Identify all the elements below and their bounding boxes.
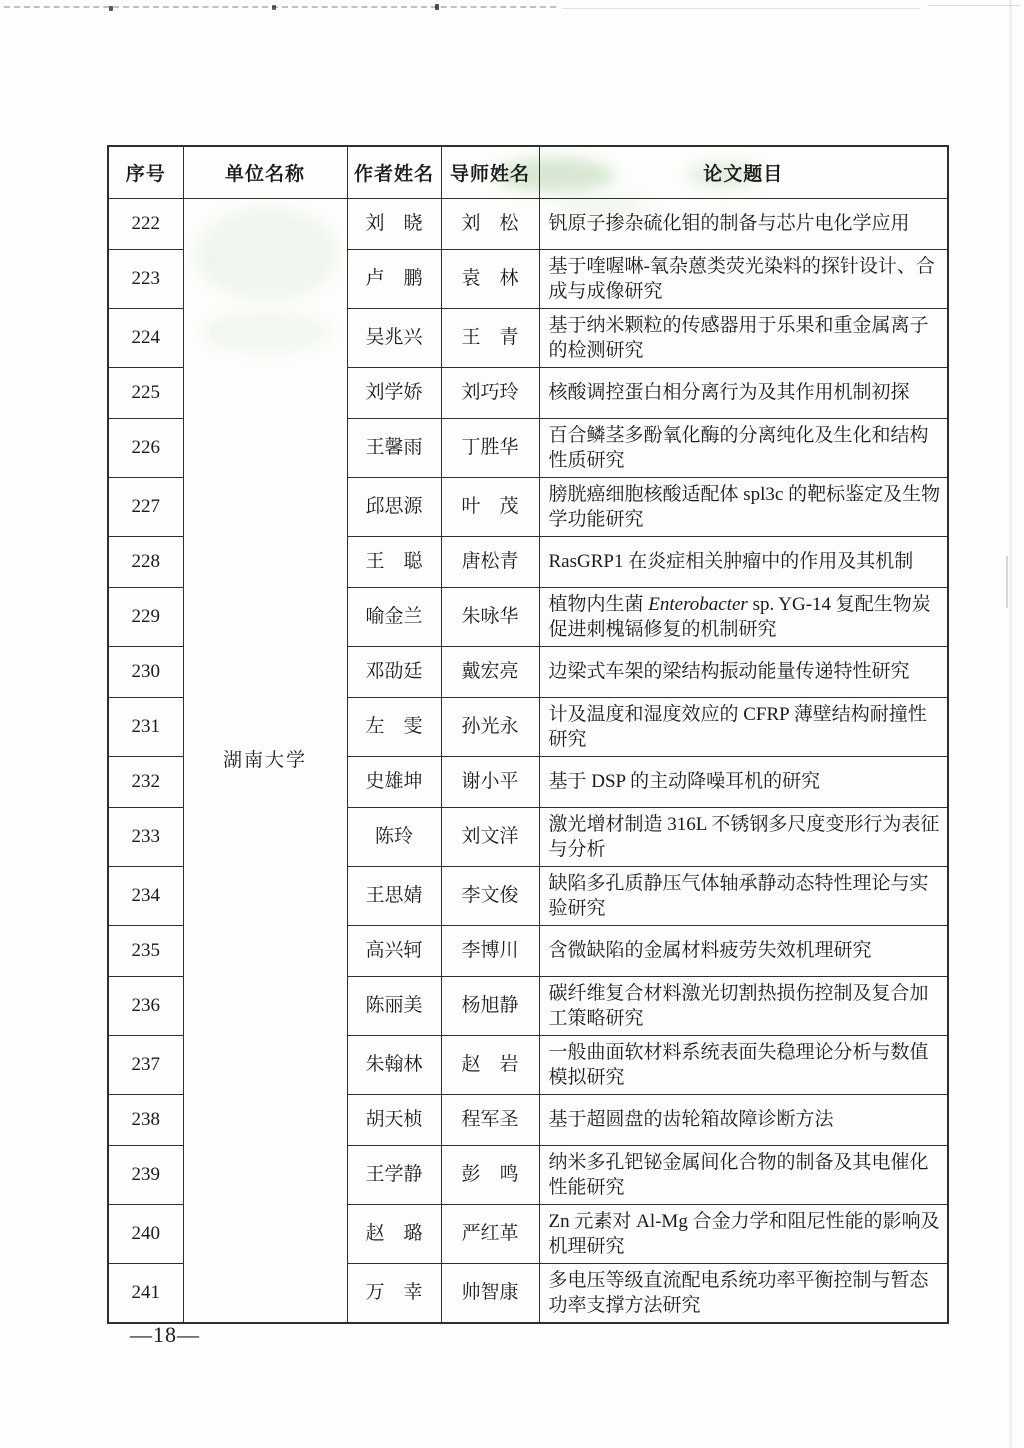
thesis-title: 纳米多孔钯铋金属间化合物的制备及其电催化性能研究 xyxy=(539,1145,948,1204)
thesis-title: 一般曲面软材料系统表面失稳理论分析与数值模拟研究 xyxy=(539,1035,948,1094)
row-number: 226 xyxy=(108,418,183,477)
advisor-name: 帅智康 xyxy=(441,1263,539,1323)
header-row: 序号 单位名称 作者姓名 导师姓名 论文题目 xyxy=(108,146,948,198)
advisor-name: 袁 林 xyxy=(441,249,539,308)
thesis-title: 缺陷多孔质静压气体轴承静动态特性理论与实验研究 xyxy=(539,866,948,925)
row-number: 232 xyxy=(108,756,183,807)
thesis-title: 百合鳞茎多酚氧化酶的分离纯化及生化和结构性质研究 xyxy=(539,418,948,477)
author-name: 万 幸 xyxy=(347,1263,441,1323)
advisor-name: 赵 岩 xyxy=(441,1035,539,1094)
thesis-title: 基于 DSP 的主动降噪耳机的研究 xyxy=(539,756,948,807)
author-name: 卢 鹏 xyxy=(347,249,441,308)
advisor-name: 杨旭静 xyxy=(441,976,539,1035)
row-number: 238 xyxy=(108,1094,183,1145)
thesis-title: 多电压等级直流配电系统功率平衡控制与暂态功率支撑方法研究 xyxy=(539,1263,948,1323)
author-name: 陈玲 xyxy=(347,807,441,866)
advisor-name: 刘文洋 xyxy=(441,807,539,866)
advisor-name: 李博川 xyxy=(441,925,539,976)
advisor-name: 戴宏亮 xyxy=(441,646,539,697)
advisor-name: 李文俊 xyxy=(441,866,539,925)
thesis-title: 边梁式车架的梁结构振动能量传递特性研究 xyxy=(539,646,948,697)
author-name: 刘 晓 xyxy=(347,198,441,249)
row-number: 239 xyxy=(108,1145,183,1204)
advisor-name: 唐松青 xyxy=(441,536,539,587)
author-name: 陈丽美 xyxy=(347,976,441,1035)
thesis-title: 计及温度和湿度效应的 CFRP 薄壁结构耐撞性研究 xyxy=(539,697,948,756)
thesis-title: 膀胱癌细胞核酸适配体 spl3c 的靶标鉴定及生物学功能研究 xyxy=(539,477,948,536)
thesis-title: RasGRP1 在炎症相关肿瘤中的作用及其机制 xyxy=(539,536,948,587)
university-name: 湖南大学 xyxy=(183,198,347,1323)
header-unit-name: 单位名称 xyxy=(183,146,347,198)
author-name: 朱翰林 xyxy=(347,1035,441,1094)
row-number: 237 xyxy=(108,1035,183,1094)
scan-artifact-dashed-line xyxy=(4,6,556,8)
scan-artifact-line xyxy=(562,8,920,9)
author-name: 吴兆兴 xyxy=(347,308,441,367)
row-number: 225 xyxy=(108,367,183,418)
advisor-name: 叶 茂 xyxy=(441,477,539,536)
author-name: 胡天桢 xyxy=(347,1094,441,1145)
header-serial-number: 序号 xyxy=(108,146,183,198)
header-thesis-title: 论文题目 xyxy=(539,146,948,198)
author-name: 高兴轲 xyxy=(347,925,441,976)
page-edge-shadow xyxy=(1009,0,1012,1448)
author-name: 王学静 xyxy=(347,1145,441,1204)
advisor-name: 孙光永 xyxy=(441,697,539,756)
advisor-name: 刘 松 xyxy=(441,198,539,249)
table-row: 222 湖南大学刘 晓 刘 松 钒原子掺杂硫化钼的制备与芯片电化学应用 xyxy=(108,198,948,249)
row-number: 236 xyxy=(108,976,183,1035)
author-name: 史雄坤 xyxy=(347,756,441,807)
row-number: 223 xyxy=(108,249,183,308)
author-name: 邓劭廷 xyxy=(347,646,441,697)
header-author-name: 作者姓名 xyxy=(347,146,441,198)
thesis-title: 基于超圆盘的齿轮箱故障诊断方法 xyxy=(539,1094,948,1145)
header-advisor-name: 导师姓名 xyxy=(441,146,539,198)
thesis-title: 核酸调控蛋白相分离行为及其作用机制初探 xyxy=(539,367,948,418)
author-name: 王思婧 xyxy=(347,866,441,925)
scan-artifact-line xyxy=(928,5,1020,6)
thesis-table: 序号 单位名称 作者姓名 导师姓名 论文题目 222 湖南大学刘 晓 刘 松 钒… xyxy=(107,145,949,1324)
advisor-name: 严红革 xyxy=(441,1204,539,1263)
row-number: 228 xyxy=(108,536,183,587)
scan-artifact-dot xyxy=(272,5,276,10)
advisor-name: 刘巧玲 xyxy=(441,367,539,418)
row-number: 233 xyxy=(108,807,183,866)
row-number: 230 xyxy=(108,646,183,697)
thesis-title: 基于喹喔啉-氧杂蒽类荧光染料的探针设计、合成与成像研究 xyxy=(539,249,948,308)
author-name: 邱思源 xyxy=(347,477,441,536)
scan-artifact-dot xyxy=(109,6,113,11)
row-number: 229 xyxy=(108,587,183,646)
advisor-name: 丁胜华 xyxy=(441,418,539,477)
author-name: 喻金兰 xyxy=(347,587,441,646)
author-name: 左 雯 xyxy=(347,697,441,756)
row-number: 222 xyxy=(108,198,183,249)
thesis-title: 基于纳米颗粒的传感器用于乐果和重金属离子的检测研究 xyxy=(539,308,948,367)
author-name: 赵 璐 xyxy=(347,1204,441,1263)
advisor-name: 程军圣 xyxy=(441,1094,539,1145)
row-number: 224 xyxy=(108,308,183,367)
advisor-name: 谢小平 xyxy=(441,756,539,807)
thesis-title: 钒原子掺杂硫化钼的制备与芯片电化学应用 xyxy=(539,198,948,249)
advisor-name: 彭 鸣 xyxy=(441,1145,539,1204)
thesis-title: 植物内生菌 Enterobacter sp. YG-14 复配生物炭促进刺槐镉修… xyxy=(539,587,948,646)
thesis-title: 含微缺陷的金属材料疲劳失效机理研究 xyxy=(539,925,948,976)
advisor-name: 王 青 xyxy=(441,308,539,367)
page-number: —18— xyxy=(130,1322,200,1348)
document-page: 序号 单位名称 作者姓名 导师姓名 论文题目 222 湖南大学刘 晓 刘 松 钒… xyxy=(0,0,1024,1448)
row-number: 234 xyxy=(108,866,183,925)
author-name: 刘学娇 xyxy=(347,367,441,418)
author-name: 王馨雨 xyxy=(347,418,441,477)
row-number: 241 xyxy=(108,1263,183,1323)
thesis-title: Zn 元素对 Al-Mg 合金力学和阻尼性能的影响及机理研究 xyxy=(539,1204,948,1263)
advisor-name: 朱咏华 xyxy=(441,587,539,646)
scan-artifact-dot xyxy=(435,4,439,10)
row-number: 231 xyxy=(108,697,183,756)
thesis-title: 激光增材制造 316L 不锈钢多尺度变形行为表征与分析 xyxy=(539,807,948,866)
author-name: 王 聪 xyxy=(347,536,441,587)
row-number: 235 xyxy=(108,925,183,976)
row-number: 240 xyxy=(108,1204,183,1263)
row-number: 227 xyxy=(108,477,183,536)
scan-artifact-mark xyxy=(1006,556,1008,608)
thesis-title: 碳纤维复合材料激光切割热损伤控制及复合加工策略研究 xyxy=(539,976,948,1035)
